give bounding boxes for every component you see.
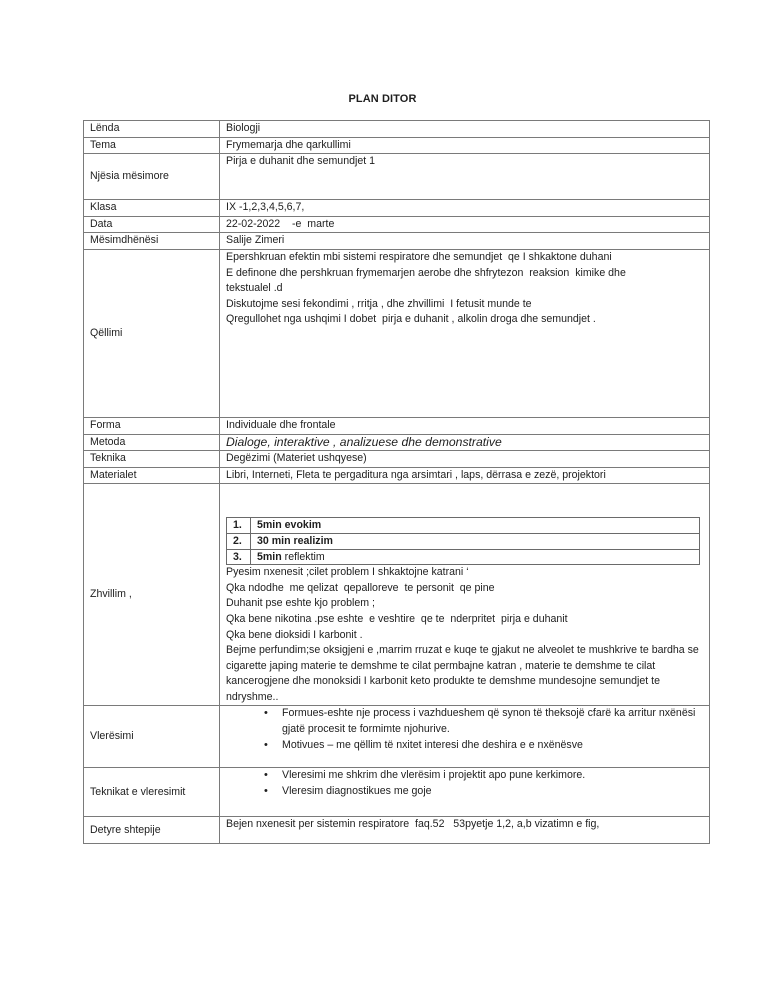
label-teknika: Teknika [84,451,220,468]
label-vleresimi: Vlerësimi [84,706,220,768]
row-teknikat: Teknikat e vleresimit Vleresimi me shkri… [84,768,710,817]
step-number: 1. [227,518,251,534]
bullet-item: Formues-eshte nje process i vazhdueshem … [264,706,703,737]
value-vleresimi: Formues-eshte nje process i vazhdueshem … [220,706,710,768]
label-data: Data [84,216,220,233]
row-forma: Forma Individuale dhe frontale [84,417,710,434]
page-title: PLAN DITOR [0,93,765,105]
row-zhvillim: Zhvillim , 1. 5min evokim 2. 30 min real… [84,484,710,706]
row-qellimi: Qëllimi Epershkruan efektin mbi sistemi … [84,249,710,417]
step-number: 2. [227,533,251,549]
zhvillim-paragraph: Bejme perfundim;se oksigjeni e ,marrim r… [226,643,703,705]
row-tema: Tema Frymemarja dhe qarkullimi [84,137,710,154]
label-njesia: Njësia mësimore [84,154,220,200]
value-zhvillim: 1. 5min evokim 2. 30 min realizim 3. 5mi… [220,484,710,706]
row-data: Data 22-02-2022 -e marte [84,216,710,233]
lesson-plan-table: Lënda Biologji Tema Frymemarja dhe qarku… [83,120,710,844]
zhvillim-line: Duhanit pse eshte kjo problem ; [226,596,703,612]
teknikat-list: Vleresimi me shkrim dhe vlerësim i proje… [226,768,703,799]
value-lenda: Biologji [220,121,710,138]
step-number: 3. [227,549,251,565]
row-njesia: Njësia mësimore Pirja e duhanit dhe semu… [84,154,710,200]
label-klasa: Klasa [84,200,220,217]
zhvillim-line: Qka bene dioksidi I karbonit . [226,628,703,644]
value-materialet: Libri, Interneti, Fleta te pergaditura n… [220,467,710,484]
qellimi-line: E definone dhe pershkruan frymemarjen ae… [226,266,703,282]
value-data: 22-02-2022 -e marte [220,216,710,233]
label-zhvillim: Zhvillim , [84,484,220,706]
steps-table: 1. 5min evokim 2. 30 min realizim 3. 5mi… [226,517,700,565]
step-bold: 5min evokim [257,519,321,531]
vleresimi-list: Formues-eshte nje process i vazhdueshem … [226,706,703,753]
label-mesimdhenesi: Mësimdhënësi [84,233,220,250]
step-bold: 5min [257,551,282,563]
bullet-item: Vleresimi me shkrim dhe vlerësim i proje… [264,768,703,784]
step-row: 3. 5min reflektim [227,549,700,565]
row-materialet: Materialet Libri, Interneti, Fleta te pe… [84,467,710,484]
qellimi-line: Diskutojme sesi fekondimi , rritja , dhe… [226,297,703,313]
value-njesia: Pirja e duhanit dhe semundjet 1 [220,154,710,200]
row-mesimdhenesi: Mësimdhënësi Salije Zimeri [84,233,710,250]
label-qellimi: Qëllimi [84,249,220,417]
qellimi-line: Epershkruan efektin mbi sistemi respirat… [226,250,703,266]
step-row: 2. 30 min realizim [227,533,700,549]
value-qellimi: Epershkruan efektin mbi sistemi respirat… [220,249,710,417]
step-text: 5min reflektim [251,549,700,565]
label-materialet: Materialet [84,467,220,484]
value-forma: Individuale dhe frontale [220,417,710,434]
qellimi-line: Qregullohet nga ushqimi I dobet pirja e … [226,312,703,328]
step-rest: reflektim [282,551,325,563]
label-detyre: Detyre shtepije [84,817,220,844]
row-lenda: Lënda Biologji [84,121,710,138]
zhvillim-line: Qka ndodhe me qelizat qepalloreve te per… [226,581,703,597]
qellimi-line: tekstualel .d [226,281,703,297]
step-row: 1. 5min evokim [227,518,700,534]
value-klasa: IX -1,2,3,4,5,6,7, [220,200,710,217]
row-vleresimi: Vlerësimi Formues-eshte nje process i va… [84,706,710,768]
value-tema: Frymemarja dhe qarkullimi [220,137,710,154]
row-metoda: Metoda Dialoge, interaktive , analizuese… [84,434,710,451]
step-bold: 30 min realizim [257,535,333,547]
value-detyre: Bejen nxenesit per sistemin respiratore … [220,817,710,844]
row-teknika: Teknika Degëzimi (Materiet ushqyese) [84,451,710,468]
label-lenda: Lënda [84,121,220,138]
label-tema: Tema [84,137,220,154]
bullet-item: Vleresim diagnostikues me goje [264,784,703,800]
label-metoda: Metoda [84,434,220,451]
zhvillim-line: Pyesim nxenesit ;cilet problem I shkakto… [226,565,703,581]
row-klasa: Klasa IX -1,2,3,4,5,6,7, [84,200,710,217]
value-teknika: Degëzimi (Materiet ushqyese) [220,451,710,468]
step-text: 5min evokim [251,518,700,534]
value-mesimdhenesi: Salije Zimeri [220,233,710,250]
label-forma: Forma [84,417,220,434]
zhvillim-line: Qka bene nikotina .pse eshte e veshtire … [226,612,703,628]
label-teknikat: Teknikat e vleresimit [84,768,220,817]
value-metoda: Dialoge, interaktive , analizuese dhe de… [220,434,710,451]
step-text: 30 min realizim [251,533,700,549]
value-teknikat: Vleresimi me shkrim dhe vlerësim i proje… [220,768,710,817]
row-detyre: Detyre shtepije Bejen nxenesit per siste… [84,817,710,844]
bullet-item: Motivues – me qëllim të nxitet interesi … [264,738,703,754]
